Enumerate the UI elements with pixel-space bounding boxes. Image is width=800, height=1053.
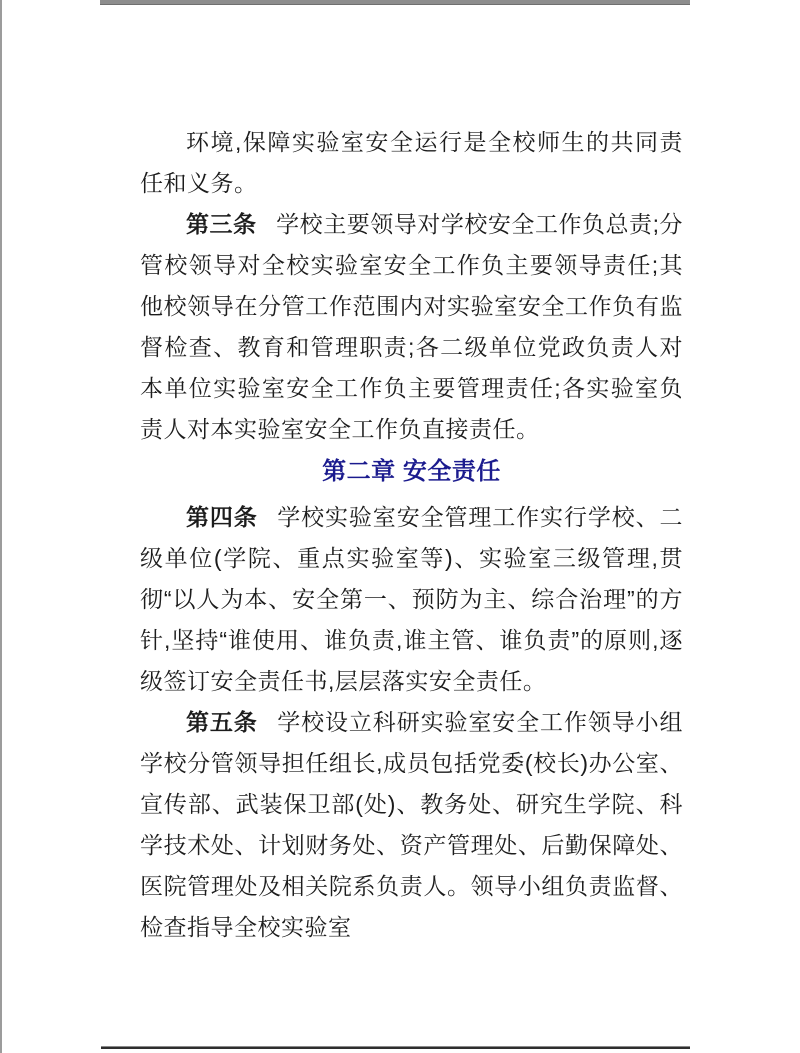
paragraph-text: 学校实验室安全管理工作实行学校、二级单位(学院、重点实验室等)、实验室三级管理,… <box>140 504 683 694</box>
clause-label: 第三条 <box>186 211 257 237</box>
page-footer-rule <box>101 1046 690 1049</box>
body-paragraph: 环境,保障实验室安全运行是全校师生的共同责任和义务。 <box>140 122 683 204</box>
body-paragraph: 第四条学校实验室安全管理工作实行学校、二级单位(学院、重点实验室等)、实验室三级… <box>140 497 683 702</box>
body-paragraph: 第三条学校主要领导对学校安全工作负总责;分管校领导对全校实验室安全工作负主要领导… <box>140 204 683 450</box>
paragraph-text: 环境,保障实验室安全运行是全校师生的共同责任和义务。 <box>140 129 683 196</box>
clause-label: 第四条 <box>186 504 258 530</box>
paragraph-text: 学校设立科研实验室安全工作领导小组学校分管领导担任组长,成员包括党委(校长)办公… <box>140 709 683 940</box>
document-body: 环境,保障实验室安全运行是全校师生的共同责任和义务。 第三条学校主要领导对学校安… <box>140 122 683 948</box>
page-left-edge-line <box>0 0 2 1053</box>
chapter-heading: 第二章 安全责任 <box>140 451 683 492</box>
paragraph-text: 学校主要领导对学校安全工作负总责;分管校领导对全校实验室安全工作负主要领导责任;… <box>140 211 683 442</box>
page-top-edge-bar <box>100 0 690 5</box>
clause-label: 第五条 <box>186 709 258 735</box>
body-paragraph: 第五条学校设立科研实验室安全工作领导小组学校分管领导担任组长,成员包括党委(校长… <box>140 702 683 948</box>
